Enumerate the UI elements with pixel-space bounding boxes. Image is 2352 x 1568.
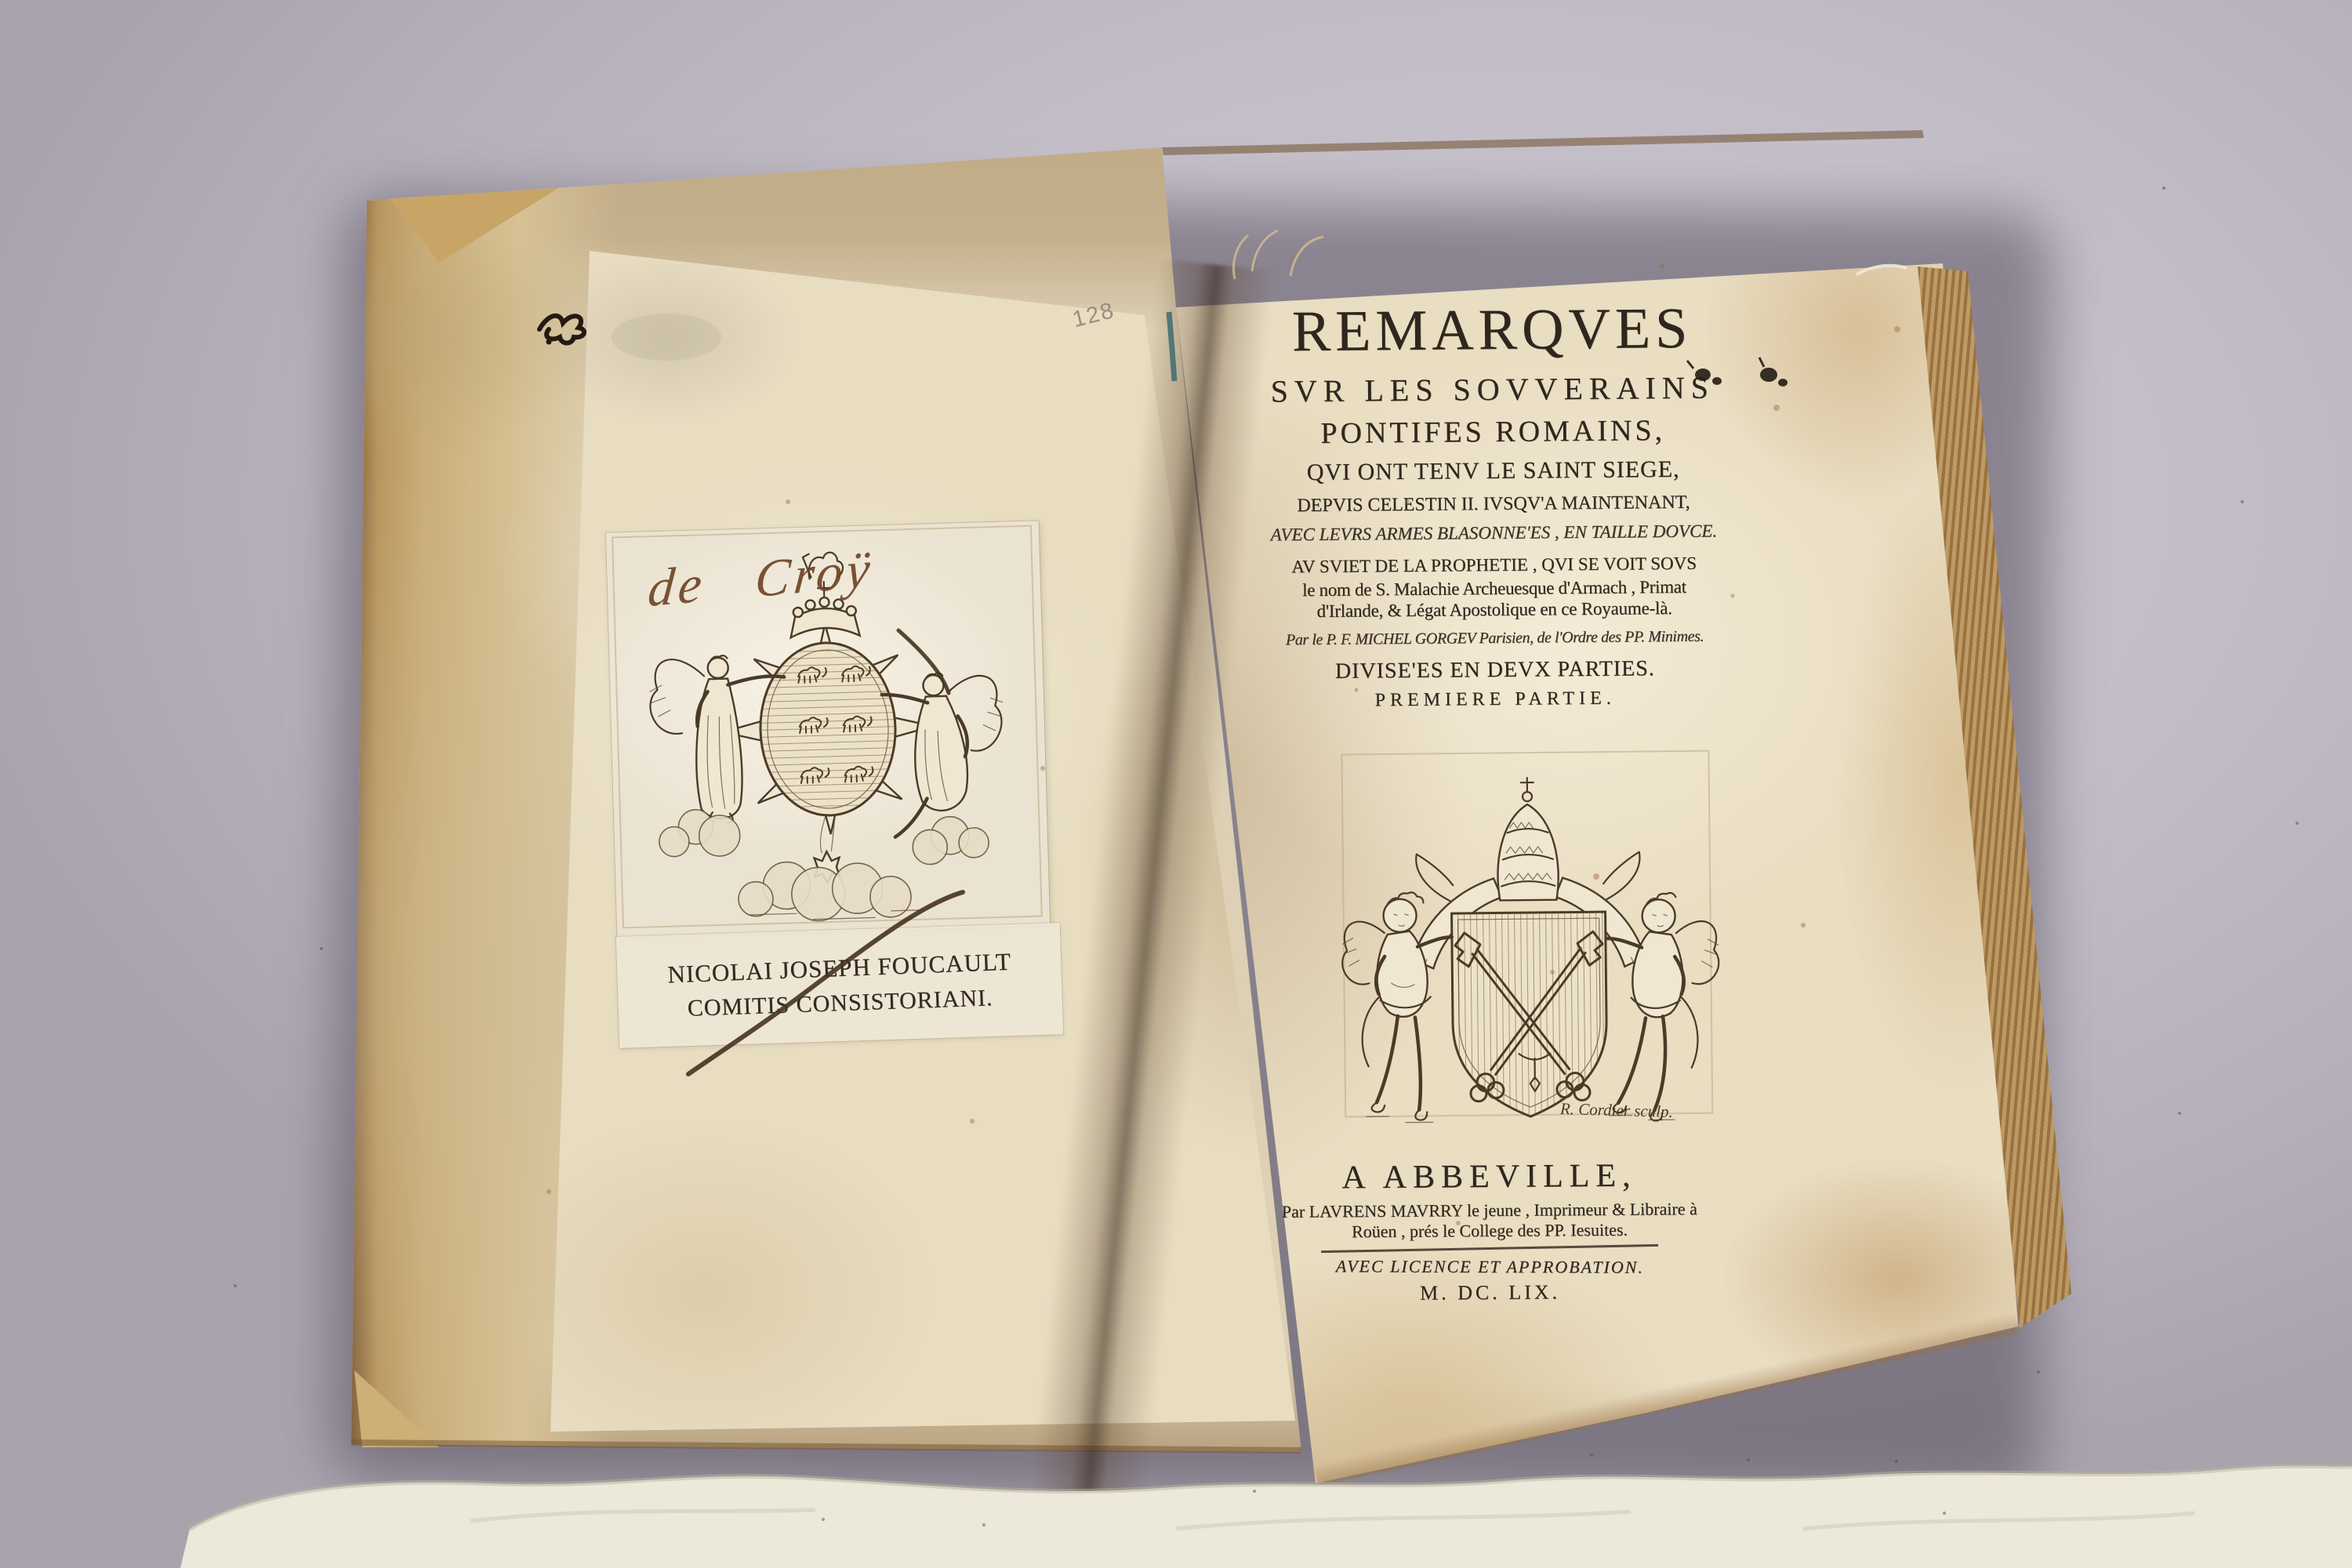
- imprint-place: A ABBEVILLE,: [1254, 1157, 1724, 1196]
- title-line: le nom de S. Malachie Archeuesque d'Arma…: [1243, 577, 1745, 601]
- title-line: SVR LES SOVVERAINS: [1242, 372, 1744, 409]
- bookplate-caption-line1: NICOLAI JOSEPH FOUCAULT: [666, 949, 1011, 989]
- papal-arms-engraving: [1330, 744, 1738, 1144]
- title-block: REMARQVES SVR LES SOVVERAINS PONTIFES RO…: [1241, 297, 1747, 712]
- title-line: AV SVIET DE LA PROPHETIE , QVI SE VOIT S…: [1243, 554, 1745, 577]
- printer-rule: [1321, 1243, 1658, 1252]
- title-line: d'Irlande, & Légat Apostolique en ce Roy…: [1243, 599, 1745, 622]
- imprint-block: A ABBEVILLE, Par LAVRENS MAVRRY le jeune…: [1254, 1157, 1725, 1306]
- photo-open-book: NICOLAI JOSEPH FOUCAULT COMITIS CONSISTO…: [0, 0, 2352, 1568]
- engraver-signature: R. Cordier sculp.: [1560, 1099, 1674, 1122]
- title-line: DEPVIS CELESTIN II. IVSQV'A MAINTENANT,: [1243, 492, 1744, 517]
- title-line: DIVISE'ES EN DEVX PARTIES.: [1244, 656, 1746, 684]
- title-line: AVEC LEVRS ARMES BLASONNE'ES , EN TAILLE…: [1243, 522, 1744, 546]
- title-line: REMARQVES: [1241, 297, 1744, 363]
- imprint-address: Roüen , prés le College des PP. Iesuites…: [1254, 1220, 1725, 1242]
- title-line: PONTIFES ROMAINS,: [1242, 414, 1744, 450]
- title-line: QVI ONT TENV LE SAINT SIEGE,: [1243, 456, 1744, 485]
- title-line: Par le P. F. MICHEL GORGEV Parisien, de …: [1243, 628, 1745, 649]
- imprint-printer: Par LAVRENS MAVRRY le jeune , Imprimeur …: [1254, 1200, 1725, 1221]
- bookplate-caption-line2: COMITIS CONSISTORIANI.: [687, 985, 993, 1022]
- date-line: M. DC. LIX.: [1254, 1280, 1725, 1306]
- bookplate-caption-label: NICOLAI JOSEPH FOUCAULT COMITIS CONSISTO…: [616, 923, 1063, 1048]
- licence-line: AVEC LICENCE ET APPROBATION.: [1254, 1257, 1725, 1277]
